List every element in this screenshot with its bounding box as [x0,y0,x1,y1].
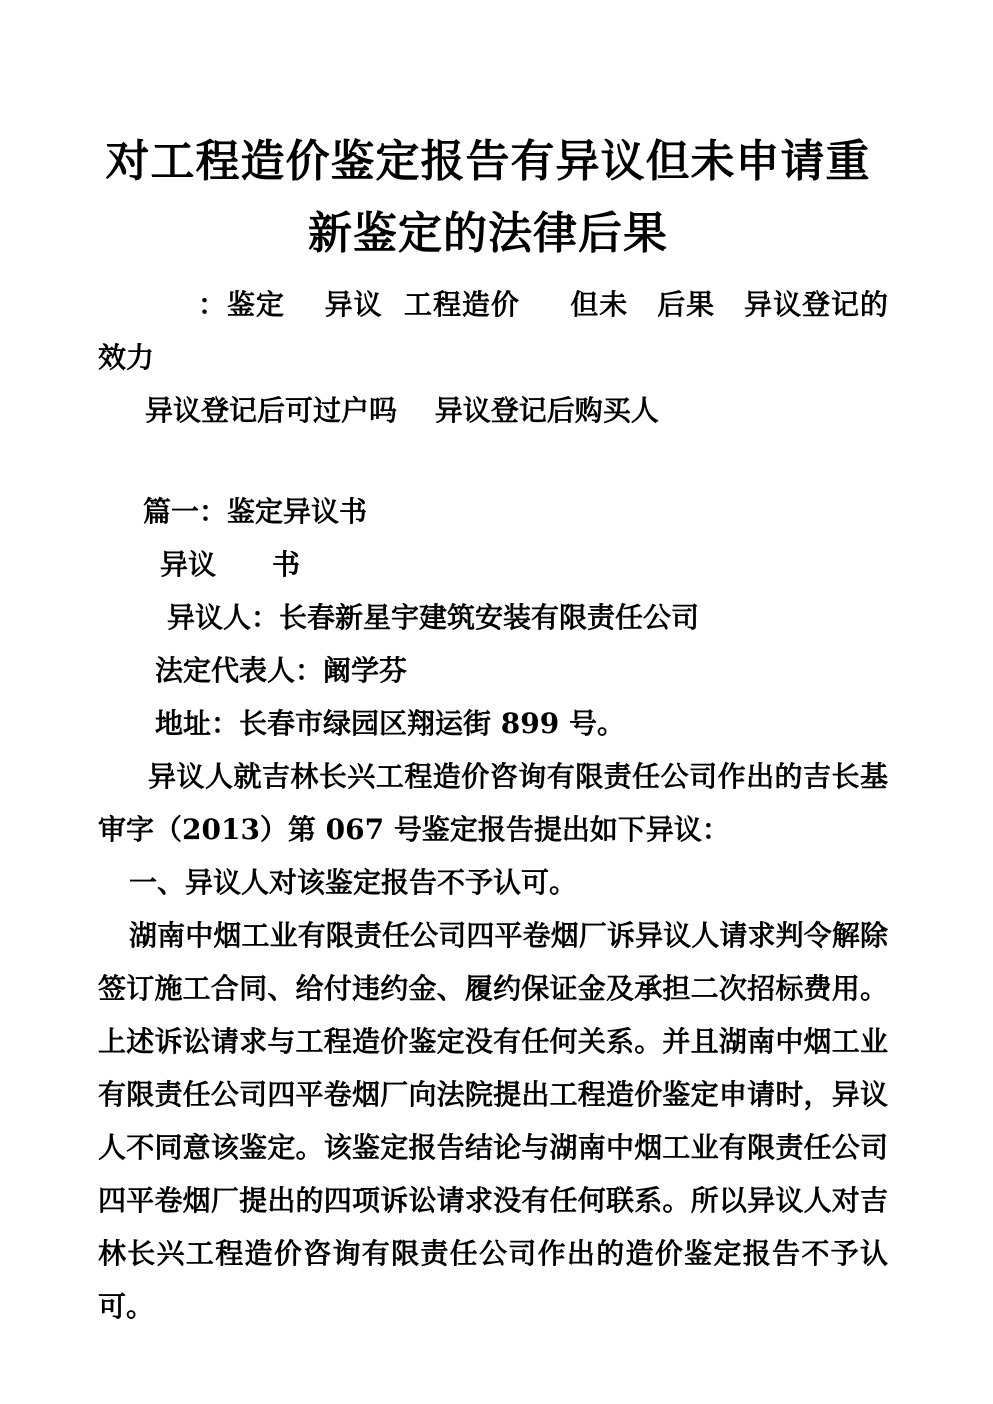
document-content: 对工程造价鉴定报告有异议但未申请重新鉴定的法律后果 ：鉴定 异议 工程造价 但未… [98,0,888,1333]
intro-paragraph: 异议人就吉林长兴工程造价咨询有限责任公司作出的吉长基审字（2013）第 067 … [98,750,888,856]
point-one-body: 湖南中烟工业有限责任公司四平卷烟厂诉异议人请求判令解除签订施工合同、给付违约金、… [98,909,888,1333]
keywords-line-2: 异议登记后可过户吗 异议登记后购买人 [98,384,888,437]
section-heading: 篇一：鉴定异议书 [98,485,888,538]
objector-line: 异议人：长春新星宇建筑安装有限责任公司 [98,591,888,644]
document-page: 对工程造价鉴定报告有异议但未申请重新鉴定的法律后果 ：鉴定 异议 工程造价 但未… [0,0,993,1404]
legal-representative-line: 法定代表人：阚学芬 [98,644,888,697]
page-title: 对工程造价鉴定报告有异议但未申请重新鉴定的法律后果 [98,126,878,270]
keywords-block: ：鉴定 异议 工程造价 但未 后果 异议登记的效力 异议登记后可过户吗 异议登记… [98,278,888,437]
point-one-heading: 一、异议人对该鉴定报告不予认可。 [98,856,888,909]
keywords-line-1: ：鉴定 异议 工程造价 但未 后果 异议登记的效力 [98,278,888,384]
address-line: 地址：长春市绿园区翔运街 899 号。 [98,697,888,750]
objection-letter-title: 异议 书 [98,538,888,591]
